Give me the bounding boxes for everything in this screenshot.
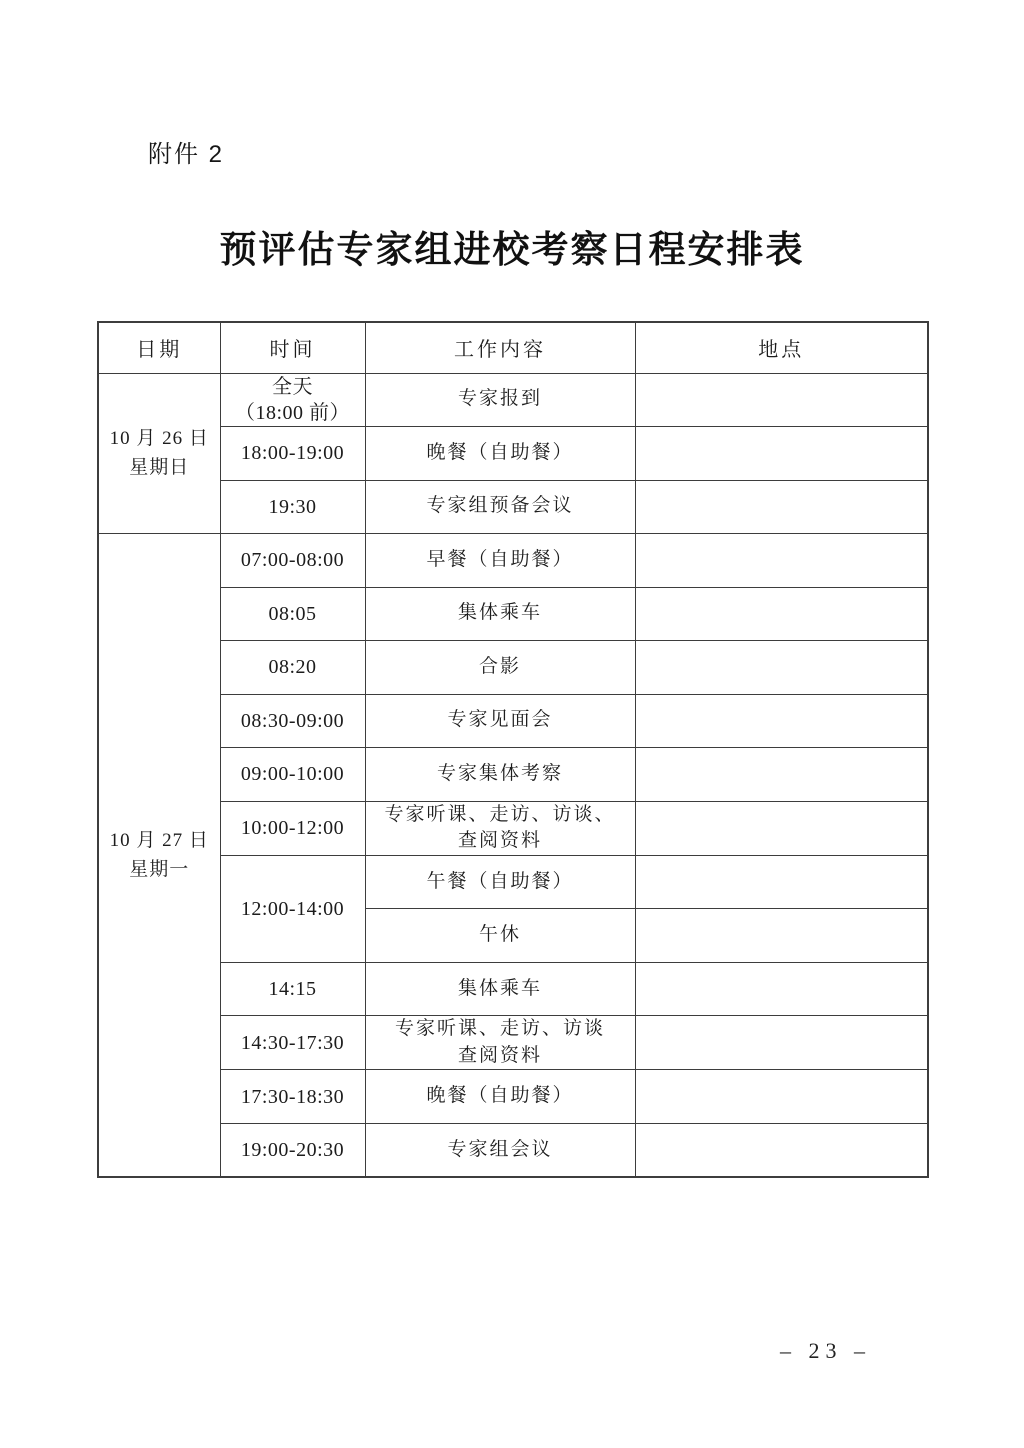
- work-content-cell: 集体乘车: [365, 587, 635, 641]
- content-line: 专家听课、走访、访谈、: [368, 802, 633, 829]
- content-line: 查阅资料: [368, 1043, 633, 1070]
- table-row: 10:00-12:00 专家听课、走访、访谈、 查阅资料: [98, 801, 928, 855]
- work-content-cell: 合影: [365, 641, 635, 695]
- time-line: （18:00 前）: [223, 400, 363, 426]
- location-cell: [635, 587, 928, 641]
- work-content-cell: 晚餐（自助餐）: [365, 1070, 635, 1124]
- work-content-cell: 专家组会议: [365, 1123, 635, 1177]
- time-cell: 09:00-10:00: [220, 748, 365, 802]
- location-cell: [635, 694, 928, 748]
- date-line: 10 月 27 日: [101, 826, 218, 855]
- document-page: 附件 2 预评估专家组进校考察日程安排表 日期 时间 工作内容 地点 10 月 …: [0, 0, 1024, 1448]
- time-cell: 14:30-17:30: [220, 1016, 365, 1070]
- location-cell: [635, 1123, 928, 1177]
- page-number: – 23 –: [780, 1338, 871, 1364]
- time-cell: 17:30-18:30: [220, 1070, 365, 1124]
- table-row: 10 月 26 日 星期日 全天 （18:00 前） 专家报到: [98, 373, 928, 427]
- table-row: 08:20 合影: [98, 641, 928, 695]
- time-cell: 07:00-08:00: [220, 534, 365, 588]
- content-line: 查阅资料: [368, 828, 633, 855]
- location-cell: [635, 373, 928, 427]
- table-row: 10 月 27 日 星期一 07:00-08:00 早餐（自助餐）: [98, 534, 928, 588]
- location-cell: [635, 1070, 928, 1124]
- table-row: 17:30-18:30 晚餐（自助餐）: [98, 1070, 928, 1124]
- table-row: 09:00-10:00 专家集体考察: [98, 748, 928, 802]
- table-row: 14:15 集体乘车: [98, 962, 928, 1016]
- attachment-label: 附件 2: [148, 134, 224, 169]
- location-cell: [635, 1016, 928, 1070]
- table-body: 10 月 26 日 星期日 全天 （18:00 前） 专家报到 18:00-19…: [98, 373, 928, 1177]
- time-cell: 14:15: [220, 962, 365, 1016]
- work-content-cell: 专家听课、走访、访谈 查阅资料: [365, 1016, 635, 1070]
- table-row: 19:00-20:30 专家组会议: [98, 1123, 928, 1177]
- time-cell: 08:05: [220, 587, 365, 641]
- time-cell: 18:00-19:00: [220, 427, 365, 481]
- time-cell: 10:00-12:00: [220, 801, 365, 855]
- work-content-cell: 午休: [365, 909, 635, 963]
- weekday-line: 星期日: [101, 453, 218, 482]
- table-row: 08:05 集体乘车: [98, 587, 928, 641]
- location-cell: [635, 748, 928, 802]
- column-header-date: 日期: [98, 322, 220, 373]
- work-content-cell: 专家集体考察: [365, 748, 635, 802]
- time-cell: 08:20: [220, 641, 365, 695]
- schedule-table: 日期 时间 工作内容 地点 10 月 26 日 星期日 全天 （18:00 前）…: [97, 321, 929, 1178]
- header-row: 日期 时间 工作内容 地点: [98, 322, 928, 373]
- date-cell-oct26: 10 月 26 日 星期日: [98, 373, 220, 534]
- table-row: 14:30-17:30 专家听课、走访、访谈 查阅资料: [98, 1016, 928, 1070]
- time-cell-noon-span: 12:00-14:00: [220, 855, 365, 962]
- work-content-cell: 晚餐（自助餐）: [365, 427, 635, 481]
- time-cell: 19:00-20:30: [220, 1123, 365, 1177]
- work-content-cell: 专家见面会: [365, 694, 635, 748]
- table-row: 12:00-14:00 午餐（自助餐）: [98, 855, 928, 909]
- column-header-work-content: 工作内容: [365, 322, 635, 373]
- location-cell: [635, 801, 928, 855]
- location-cell: [635, 534, 928, 588]
- table-row: 08:30-09:00 专家见面会: [98, 694, 928, 748]
- work-content-cell: 集体乘车: [365, 962, 635, 1016]
- time-line: 全天: [223, 374, 363, 400]
- table-row: 19:30 专家组预备会议: [98, 480, 928, 534]
- table-header: 日期 时间 工作内容 地点: [98, 322, 928, 373]
- date-cell-oct27: 10 月 27 日 星期一: [98, 534, 220, 1177]
- page-title: 预评估专家组进校考察日程安排表: [0, 219, 1024, 273]
- content-line: 专家听课、走访、访谈: [368, 1016, 633, 1043]
- work-content-cell: 专家听课、走访、访谈、 查阅资料: [365, 801, 635, 855]
- column-header-location: 地点: [635, 322, 928, 373]
- location-cell: [635, 641, 928, 695]
- location-cell: [635, 855, 928, 909]
- location-cell: [635, 962, 928, 1016]
- work-content-cell: 早餐（自助餐）: [365, 534, 635, 588]
- table-row: 18:00-19:00 晚餐（自助餐）: [98, 427, 928, 481]
- work-content-cell: 专家组预备会议: [365, 480, 635, 534]
- work-content-cell: 午餐（自助餐）: [365, 855, 635, 909]
- location-cell: [635, 909, 928, 963]
- location-cell: [635, 480, 928, 534]
- work-content-cell: 专家报到: [365, 373, 635, 427]
- location-cell: [635, 427, 928, 481]
- weekday-line: 星期一: [101, 855, 218, 884]
- date-line: 10 月 26 日: [101, 424, 218, 453]
- time-cell: 全天 （18:00 前）: [220, 373, 365, 427]
- time-cell: 08:30-09:00: [220, 694, 365, 748]
- time-cell: 19:30: [220, 480, 365, 534]
- column-header-time: 时间: [220, 322, 365, 373]
